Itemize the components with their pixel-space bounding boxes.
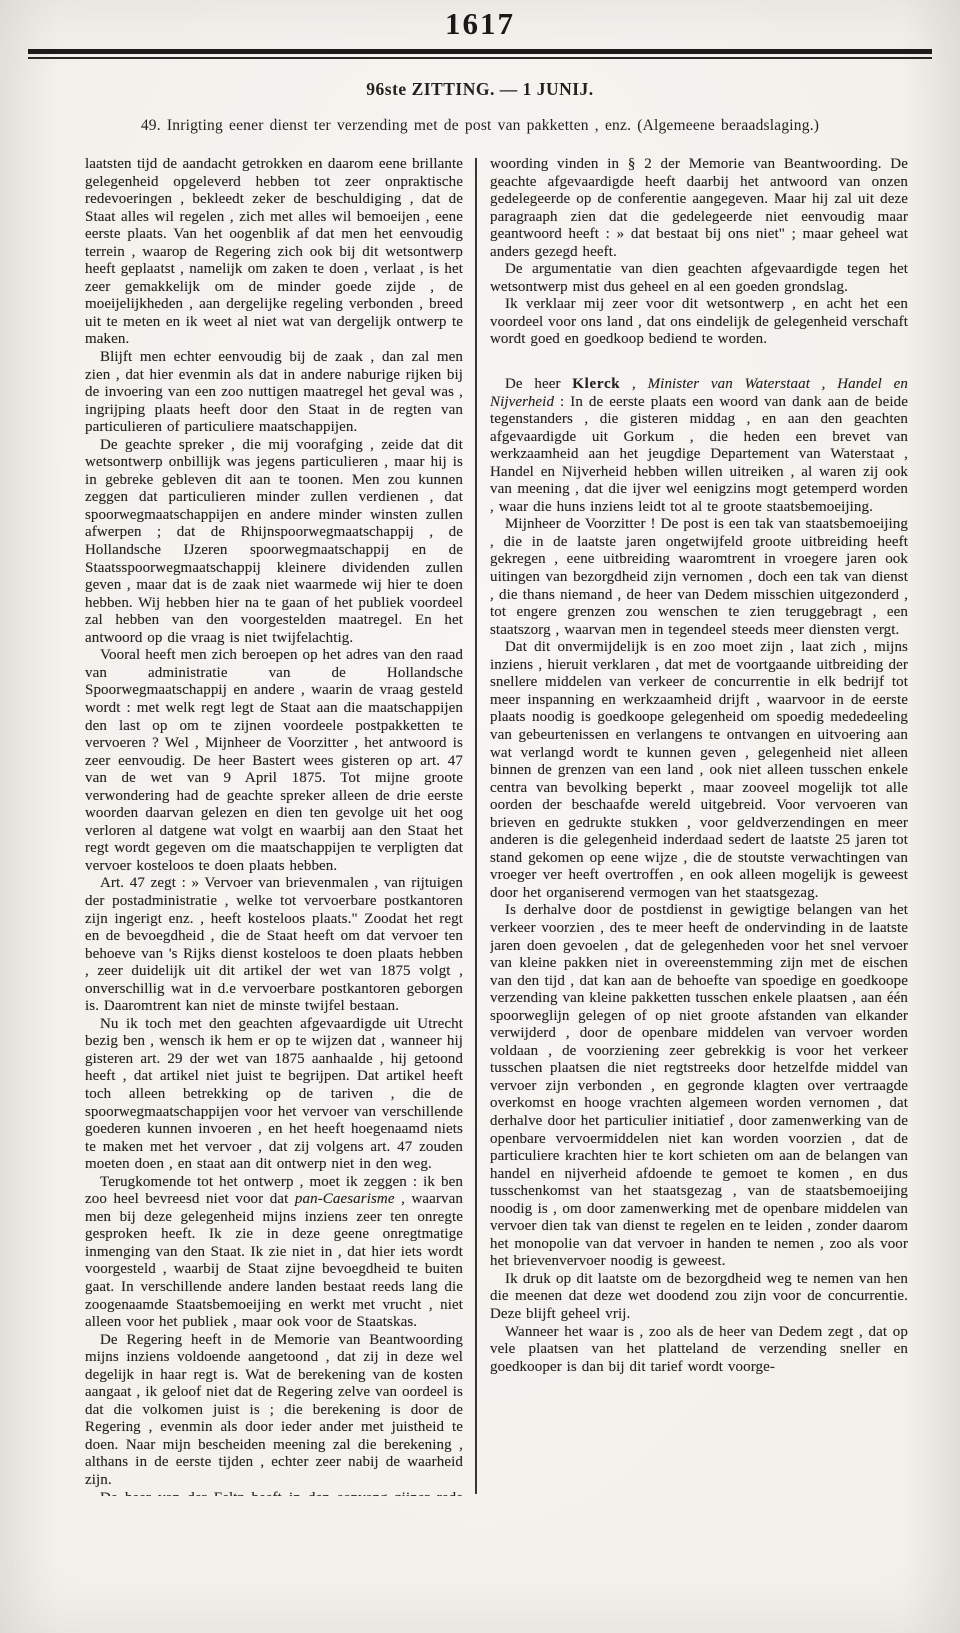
text-segment: De argumentatie van dien geachten afgeva… bbox=[490, 261, 908, 295]
paragraph: De geachte spreker , die mij voorafging … bbox=[85, 437, 463, 648]
text-segment: Blijft men echter eenvoudig bij de zaak … bbox=[85, 349, 463, 435]
italic-text-segment: pan-Caesarisme bbox=[295, 1191, 395, 1207]
paragraph: Vooral heeft men zich beroepen op het ad… bbox=[85, 647, 463, 875]
text-segment: Ik verklaar mij zeer voor dit wetsontwer… bbox=[490, 296, 908, 347]
text-segment: , waarvan men bij deze gelegenheid mijns… bbox=[85, 1191, 463, 1330]
paragraph: woording vinden in § 2 der Memorie van B… bbox=[490, 156, 908, 261]
text-segment: laatsten tijd de aandacht getrokken en d… bbox=[85, 156, 463, 347]
left-column: laatsten tijd de aandacht getrokken en d… bbox=[85, 156, 463, 1496]
text-segment: De geachte spreker , die mij voorafging … bbox=[85, 437, 463, 646]
paragraph: Nu ik toch met den geachten afgevaardigd… bbox=[85, 1016, 463, 1174]
page-number: 1617 bbox=[0, 6, 960, 42]
paragraph: Wanneer het waar is , zoo als de heer va… bbox=[490, 1324, 908, 1377]
paragraph: laatsten tijd de aandacht getrokken en d… bbox=[85, 156, 463, 349]
text-segment: Wanneer het waar is , zoo als de heer va… bbox=[490, 1324, 908, 1375]
text-segment: : In de eerste plaats een woord van dank… bbox=[490, 394, 908, 515]
header-rule bbox=[28, 49, 932, 59]
text-segment: Is derhalve door de postdienst in gewigt… bbox=[490, 902, 908, 1269]
text-segment: Mijnheer de Voorzitter ! De post is een … bbox=[490, 516, 908, 637]
paragraph: De heer Klerck , Minister van Waterstaat… bbox=[490, 376, 908, 516]
text-segment: , bbox=[620, 376, 647, 392]
text-segment: Art. 47 zegt : » Vervoer van brievenmale… bbox=[85, 875, 463, 1014]
paragraph: Ik verklaar mij zeer voor dit wetsontwer… bbox=[490, 296, 908, 349]
document-page: 1617 96ste ZITTING. — 1 JUNIJ. 49. Inrig… bbox=[0, 0, 960, 1633]
text-segment: Nu ik toch met den geachten afgevaardigd… bbox=[85, 1016, 463, 1172]
column-divider bbox=[475, 158, 477, 1494]
agenda-item: 49. Inrigting eener dienst ter verzendin… bbox=[0, 117, 960, 135]
session-title: 96ste ZITTING. — 1 JUNIJ. bbox=[0, 79, 960, 100]
right-column: woording vinden in § 2 der Memorie van B… bbox=[490, 156, 908, 1496]
text-segment: De Regering heeft in de Memorie van Bean… bbox=[85, 1332, 463, 1488]
text-segment: woording vinden in § 2 der Memorie van B… bbox=[490, 156, 908, 260]
text-segment: Vooral heeft men zich beroepen op het ad… bbox=[85, 647, 463, 874]
text-segment: Dat dit onvermijdelijk is en zoo moet zi… bbox=[490, 639, 908, 901]
paragraph: Is derhalve door de postdienst in gewigt… bbox=[490, 902, 908, 1270]
bold-text-segment: Klerck bbox=[572, 376, 620, 392]
paragraph: Art. 47 zegt : » Vervoer van brievenmale… bbox=[85, 875, 463, 1015]
paragraph: De argumentatie van dien geachten afgeva… bbox=[490, 261, 908, 296]
paragraph: De Regering heeft in de Memorie van Bean… bbox=[85, 1332, 463, 1490]
paragraph: Mijnheer de Voorzitter ! De post is een … bbox=[490, 516, 908, 639]
text-columns: laatsten tijd de aandacht getrokken en d… bbox=[85, 156, 960, 1496]
paragraph: De heer van der Feltz heeft in den aanva… bbox=[85, 1490, 463, 1496]
paragraph: Blijft men echter eenvoudig bij de zaak … bbox=[85, 349, 463, 437]
text-segment: Ik druk op dit laatste om de bezorgdheid… bbox=[490, 1271, 908, 1322]
paragraph: Dat dit onvermijdelijk is en zoo moet zi… bbox=[490, 639, 908, 902]
text-segment: De heer bbox=[505, 376, 572, 392]
text-segment: De heer van der Feltz heeft in den aanva… bbox=[85, 1490, 463, 1496]
paragraph: Terugkomende tot het ontwerp , moet ik z… bbox=[85, 1174, 463, 1332]
paragraph: Ik druk op dit laatste om de bezorgdheid… bbox=[490, 1271, 908, 1324]
